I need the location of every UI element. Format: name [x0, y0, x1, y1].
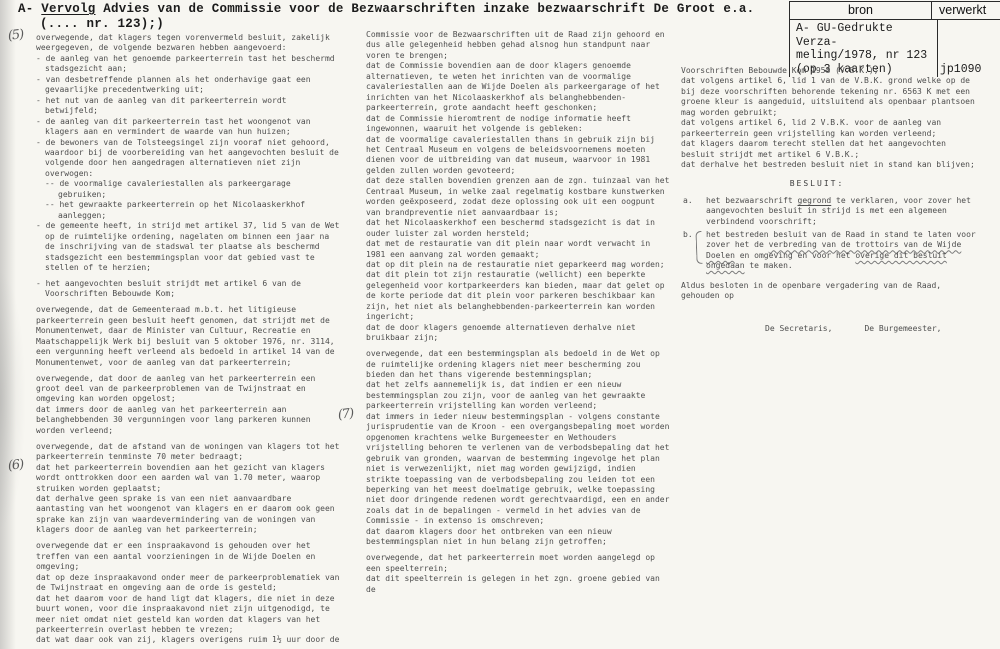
paragraph: overwegende, dat een bestemmingsplan als… [366, 349, 670, 380]
stamp-table-header: bron verwerkt [790, 2, 1000, 20]
paragraph-text: dat de voormalige cavaleriestallen thans… [366, 135, 655, 175]
paragraph: dat volgens artikel 6, lid 2 V.B.K. voor… [681, 118, 981, 139]
paragraph-text: dat het parkeerterrein bovendien aan het… [36, 463, 325, 493]
paragraph: (5)overwegende, dat klagers tegen vorenv… [36, 33, 342, 54]
title-segment: Advies van de Commissie voor de Bezwaars… [96, 2, 755, 16]
decision-item: b.het bestreden besluit van de Raad in s… [681, 230, 981, 272]
paragraph-text: dat het daarom voor de hand ligt dat kla… [36, 594, 335, 634]
paragraph-text: - de gemeente heeft, in strijd met artik… [36, 221, 339, 272]
paragraph-text: overwegende, dat het parkeerterrein moet… [366, 553, 655, 572]
paragraph-text: Aldus besloten in de openbare vergaderin… [681, 281, 941, 300]
paragraph-text: dat immers in ieder nieuw bestemmingspla… [366, 412, 669, 526]
title-segment-underlined: Vervolg [41, 2, 95, 16]
paragraph-text: dat volgens artikel 6, lid 2 V.B.K. voor… [681, 118, 941, 137]
list-item: - de gemeente heeft, in strijd met artik… [36, 221, 342, 273]
paragraph-text: - de bewoners van de Tolsteegsingel zijn… [36, 138, 339, 178]
underlined-text: gegrond [798, 196, 832, 205]
stamp-source-line: meling/1978, nr 123 [796, 49, 937, 63]
paragraph-text: dat op deze inspraakavond onder meer de … [36, 573, 339, 592]
list-item: - het aangevochten besluit strijdt met a… [36, 279, 342, 300]
paragraph-text: - het nut van de aanleg van dit parkeert… [36, 96, 286, 115]
handwritten-margin-note: (7) [337, 409, 354, 421]
list-item: - van desbetreffende plannen als het ond… [36, 75, 342, 96]
list-item: - de bewoners van de Tolsteegsingel zijn… [36, 138, 342, 180]
paragraph: Aldus besloten in de openbare vergaderin… [681, 281, 981, 302]
list-item: -- de voormalige cavaleriestallen als pa… [36, 179, 342, 200]
paragraph: dat de voormalige cavaleriestallen thans… [366, 135, 670, 177]
scan-smudge [0, 270, 26, 530]
paragraph: dat de Commissie hieromtrent de nodige i… [366, 114, 670, 135]
signature-burgemeester: De Burgemeester, [864, 324, 941, 334]
paragraph: Voorschriften Bebouwde Kom 1958 (V.B.K.)… [681, 66, 981, 76]
paragraph-text: dat op dit plein na de restauratie niet … [366, 260, 665, 269]
paragraph-text: dat daarom klagers door het ontbreken va… [366, 527, 612, 546]
handwritten-bracket [695, 231, 702, 264]
text-segment: en omgeving en voor het [735, 251, 855, 260]
paragraph-text: - de aanleg van het genoemde parkeerterr… [36, 54, 335, 73]
paragraph-text: overwegende, dat de afstand van de wonin… [36, 442, 339, 461]
paragraph-text: dat dit speelterrein is gelegen in het z… [366, 574, 660, 593]
list-item: - de aanleg van dit parkeerterrein tast … [36, 117, 342, 138]
paragraph-text: -- de voormalige cavaleriestallen als pa… [45, 179, 291, 198]
paragraph-text: dat de Commissie bovendien aan de door k… [366, 61, 660, 112]
stamp-header-bron: bron [790, 2, 931, 19]
paragraph-text: overwegende, dat klagers tegen vorenverm… [36, 33, 330, 52]
paragraph: dat het daarom voor de hand ligt dat kla… [36, 594, 342, 636]
paragraph-text: dat de door klagers genoemde alternatiev… [366, 323, 636, 342]
handwritten-margin-note: (6) [7, 460, 24, 472]
text-segment: te maken. [745, 261, 793, 270]
paragraph: (7)dat immers in ieder nieuw bestemmings… [366, 412, 670, 527]
paragraph: overwegende, dat door de aanleg van het … [36, 374, 342, 405]
paragraph-text: Voorschriften Bebouwde Kom 1958 (V.B.K.)… [681, 66, 878, 75]
list-item: -- het gewraakte parkeerterrein op het N… [36, 200, 342, 221]
document-title-line2: (.... nr. 123);) [40, 17, 164, 31]
decision-item: a.het bezwaarschrift gegrond te verklare… [681, 196, 981, 227]
paragraph-text: dat de Commissie hieromtrent de nodige i… [366, 114, 631, 133]
paragraph-text: overwegende dat er een inspraakavond is … [36, 541, 315, 571]
paragraph-text: het bezwaarschrift gegrond te verklaren,… [706, 196, 971, 226]
signature-line: De Secretaris,De Burgemeester, [681, 324, 981, 334]
paragraph: dat derhalve geen sprake is van een niet… [36, 494, 342, 536]
paragraph-text: dat het zelfs aannemelijk is, dat indien… [366, 380, 645, 410]
paragraph: dat met de restauratie van dit plein naa… [366, 239, 670, 260]
document-title: A- Vervolg Advies van de Commissie voor … [18, 2, 754, 16]
decision-heading: BESLUIT: [681, 179, 953, 189]
text-column-3: Voorschriften Bebouwde Kom 1958 (V.B.K.)… [681, 66, 981, 334]
text-column-1: (5)overwegende, dat klagers tegen vorenv… [36, 33, 342, 646]
paragraph: dat de Commissie bovendien aan de door k… [366, 61, 670, 113]
signature-secretaris: De Secretaris, [765, 324, 832, 334]
paragraph-text: overwegende, dat door de aanleg van het … [36, 374, 315, 404]
text-column-2: Commissie voor de Bezwaarschriften uit d… [366, 30, 670, 595]
paragraph: dat dit speelterrein is gelegen in het z… [366, 574, 670, 595]
list-item: - het nut van de aanleg van dit parkeert… [36, 96, 342, 117]
paragraph-text: het bestreden besluit van de Raad in sta… [706, 230, 976, 270]
paragraph: Commissie voor de Bezwaarschriften uit d… [366, 30, 670, 61]
paragraph: overwegende, dat de Gemeenteraad m.b.t. … [36, 305, 342, 368]
paragraph: overwegende, dat het parkeerterrein moet… [366, 553, 670, 574]
paragraph-text: dat het Nicolaaskerkhof een beschermd st… [366, 218, 655, 237]
paragraph: dat het zelfs aannemelijk is, dat indien… [366, 380, 670, 411]
paragraph-text: dat immers door de aanleg van het parkee… [36, 405, 311, 435]
paragraph-text: - de aanleg van dit parkeerterrein tast … [36, 117, 311, 136]
paragraph-text: dat derhalve geen sprake is van een niet… [36, 494, 335, 534]
paragraph: overwegende dat er een inspraakavond is … [36, 541, 342, 572]
paragraph-text: overwegende, dat een bestemmingsplan als… [366, 349, 660, 379]
paragraph-text: dat met de restauratie van dit plein naa… [366, 239, 650, 258]
paragraph: dat de door klagers genoemde alternatiev… [366, 323, 670, 344]
paragraph-text: BESLUIT: [790, 179, 845, 188]
paragraph: dat wat daar ook van zij, klagers overig… [36, 635, 342, 645]
paragraph: dat derhalve het bestreden besluit niet … [681, 160, 981, 170]
paragraph: (6)dat het parkeerterrein bovendien aan … [36, 463, 342, 494]
paragraph: dat dit plein tot zijn restauratie (well… [366, 270, 670, 322]
list-item: - de aanleg van het genoemde parkeerterr… [36, 54, 342, 75]
stamp-header-verwerkt: verwerkt [931, 2, 1000, 19]
paragraph: dat volgens artikel 6, lid 1 van de V.B.… [681, 76, 981, 118]
paragraph: dat op dit plein na de restauratie niet … [366, 260, 670, 270]
title-segment: A- [18, 2, 41, 16]
paragraph-text: dat wat daar ook van zij, klagers overig… [36, 635, 339, 644]
paragraph-text: Commissie voor de Bezwaarschriften uit d… [366, 30, 665, 60]
text-segment: het bezwaarschrift [706, 196, 798, 205]
paragraph-text: overwegende, dat de Gemeenteraad m.b.t. … [36, 305, 335, 366]
paragraph-text: dat derhalve het bestreden besluit niet … [681, 160, 975, 169]
paragraph: overwegende, dat de afstand van de wonin… [36, 442, 342, 463]
item-label: a. [683, 196, 693, 206]
paragraph-text: - van desbetreffende plannen als het ond… [36, 75, 311, 94]
paragraph-text: -- het gewraakte parkeerterrein op het N… [45, 200, 305, 219]
stamp-source-line: A- GU-Gedrukte Verza- [796, 22, 937, 49]
paragraph-text: - het aangevochten besluit strijdt met a… [36, 279, 301, 298]
paragraph-text: dat volgens artikel 6, lid 1 van de V.B.… [681, 76, 975, 116]
paragraph: dat daarom klagers door het ontbreken va… [366, 527, 670, 548]
paragraph: dat klagers daarom terecht stellen dat h… [681, 139, 981, 160]
paragraph-text: dat dit plein tot zijn restauratie (well… [366, 270, 665, 321]
item-label: b. [683, 230, 693, 240]
paragraph-text: dat klagers daarom terecht stellen dat h… [681, 139, 946, 158]
handwritten-margin-note: (5) [7, 30, 24, 42]
paragraph: dat op deze inspraakavond onder meer de … [36, 573, 342, 594]
paragraph: dat het Nicolaaskerkhof een beschermd st… [366, 218, 670, 239]
paragraph: dat immers door de aanleg van het parkee… [36, 405, 342, 436]
paragraph-text: dat deze stallen bovendien grenzen aan d… [366, 176, 669, 216]
paragraph: dat deze stallen bovendien grenzen aan d… [366, 176, 670, 218]
